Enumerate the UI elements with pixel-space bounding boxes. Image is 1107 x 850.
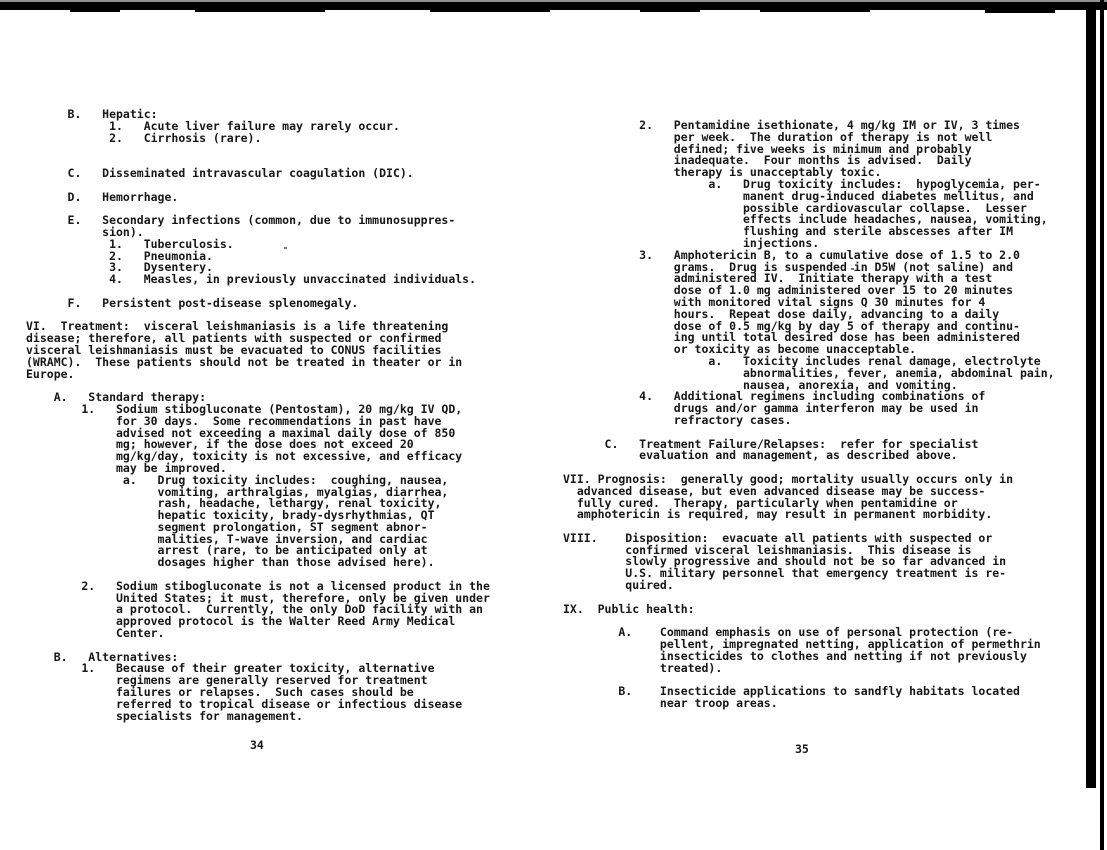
text-line: treated). — [563, 663, 1083, 675]
text-line: D. Hemorrhage. — [26, 192, 531, 204]
page-number-right: 35 — [795, 742, 809, 756]
text-line: 4. Measles, in previously unvaccinated i… — [26, 274, 531, 286]
text-line: near troop areas. — [563, 698, 1083, 710]
text-line: specialists for management. — [26, 711, 531, 723]
text-line: Center. — [26, 628, 531, 640]
text-line: amphotericin is required, may result in … — [563, 509, 1083, 521]
text-line: dosages higher than those advised here). — [26, 557, 531, 569]
document-page-right: 2. Pentamidine isethionate, 4 mg/kg IM o… — [563, 120, 1083, 710]
text-line: 2. Cirrhosis (rare). — [26, 133, 531, 145]
text-line: Europe. — [26, 369, 531, 381]
text-line: C. Disseminated intravascular coagulatio… — [26, 168, 531, 180]
scan-right-bar — [1086, 8, 1096, 788]
text-line: F. Persistent post-disease splenomegaly. — [26, 298, 531, 310]
text-line — [26, 144, 531, 156]
text-line: IX. Public health: — [563, 604, 1083, 616]
scan-right-edge-line — [1100, 0, 1104, 850]
scan-top-bar-notch — [70, 9, 120, 12]
scanned-document: { "palette": { "paper": "#ffffff", "ink"… — [0, 0, 1107, 850]
scan-top-bar-notch — [985, 9, 1055, 13]
scan-top-bar-gray-edge — [0, 0, 1107, 2]
text-line: (WRAMC). These patients should not be tr… — [26, 357, 531, 369]
text-line: evaluation and management, as described … — [563, 450, 1083, 462]
scan-top-bar-notch — [430, 9, 550, 12]
document-page-left: B. Hepatic: 1. Acute liver failure may r… — [26, 109, 531, 722]
text-line: refractory cases. — [563, 415, 1083, 427]
scan-top-bar-notch — [760, 9, 870, 12]
page-number-left: 34 — [250, 738, 264, 752]
scan-top-bar-notch — [640, 9, 700, 12]
scan-top-bar-notch — [195, 9, 325, 12]
text-line: quired. — [563, 580, 1083, 592]
